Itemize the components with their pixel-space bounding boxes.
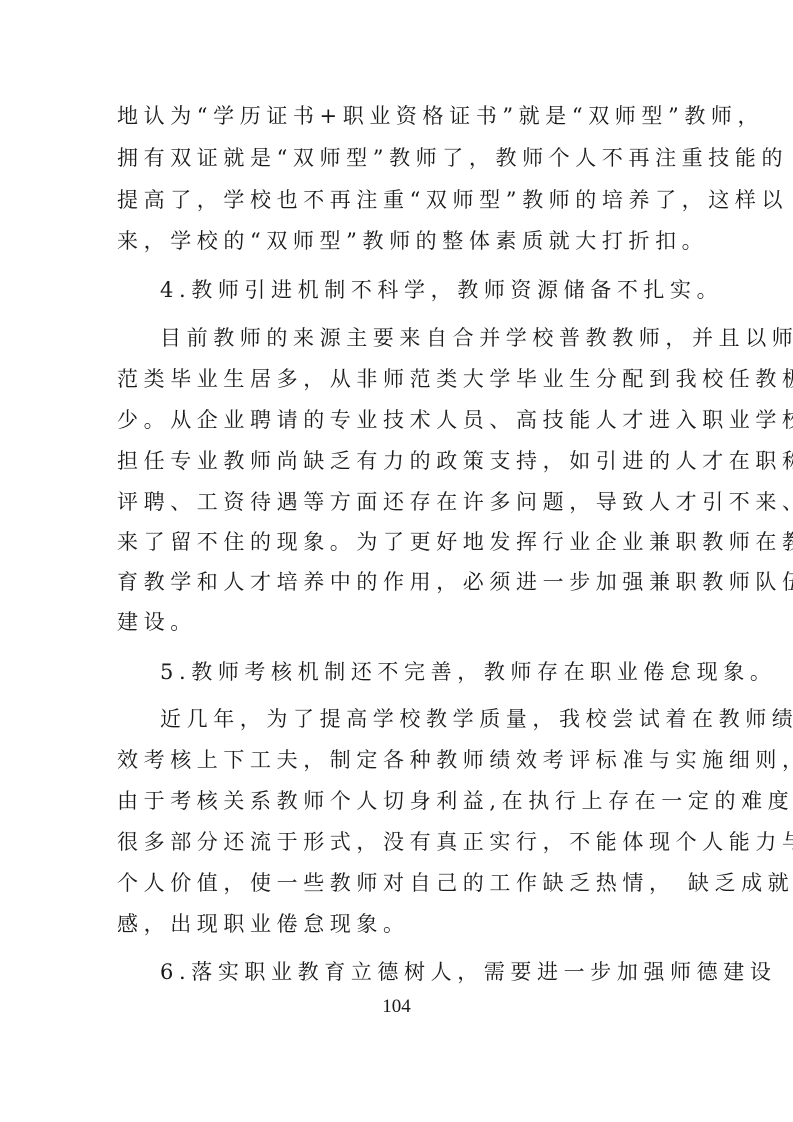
text-line: 很多部分还流于形式，没有真正实行，不能体现个人能力与 — [117, 827, 677, 857]
text-line: 提高了，学校也不再注重“双师型”教师的培养了，这样以 — [117, 185, 677, 215]
page-number: 104 — [0, 995, 793, 1019]
text-line: 建设。 — [117, 607, 677, 637]
text-line: 由于考核关系教师个人切身利益,在执行上存在一定的难度， — [117, 786, 677, 816]
text-line: 目前教师的来源主要来自合并学校普教教师，并且以师 — [160, 323, 720, 353]
text-line: 来，学校的“双师型”教师的整体素质就大打折扣。 — [117, 226, 677, 256]
section-heading: 4.教师引进机制不科学，教师资源储备不扎实。 — [160, 275, 720, 305]
text-line: 评聘、工资待遇等方面还存在许多问题，导致人才引不来、 — [117, 487, 677, 517]
document-page: 地认为“学历证书+职业资格证书”就是“双师型”教师， 拥有双证就是“双师型”教师… — [0, 0, 793, 1122]
text-line: 近几年，为了提高学校教学质量，我校尝试着在教师绩 — [160, 704, 720, 734]
text-line: 担任专业教师尚缺乏有力的政策支持，如引进的人才在职称 — [117, 446, 677, 476]
text-line: 范类毕业生居多，从非师范类大学毕业生分配到我校任教极 — [117, 364, 677, 394]
section-heading: 6.落实职业教育立德树人，需要进一步加强师德建设 — [160, 957, 720, 987]
text-line: 个人价值，使一些教师对自己的工作缺乏热情， 缺乏成就 — [117, 868, 677, 898]
text-line: 效考核上下工夫，制定各种教师绩效考评标准与实施细则， — [117, 745, 677, 775]
text-line: 拥有双证就是“双师型”教师了，教师个人不再注重技能的 — [117, 143, 677, 173]
text-line: 感，出现职业倦怠现象。 — [117, 909, 677, 939]
text-line: 育教学和人才培养中的作用，必须进一步加强兼职教师队伍 — [117, 567, 677, 597]
section-heading: 5.教师考核机制还不完善，教师存在职业倦怠现象。 — [160, 657, 720, 687]
text-line: 少。从企业聘请的专业技术人员、高技能人才进入职业学校 — [117, 405, 677, 435]
text-line: 来了留不住的现象。为了更好地发挥行业企业兼职教师在教 — [117, 527, 677, 557]
text-line: 地认为“学历证书+职业资格证书”就是“双师型”教师， — [117, 101, 677, 131]
